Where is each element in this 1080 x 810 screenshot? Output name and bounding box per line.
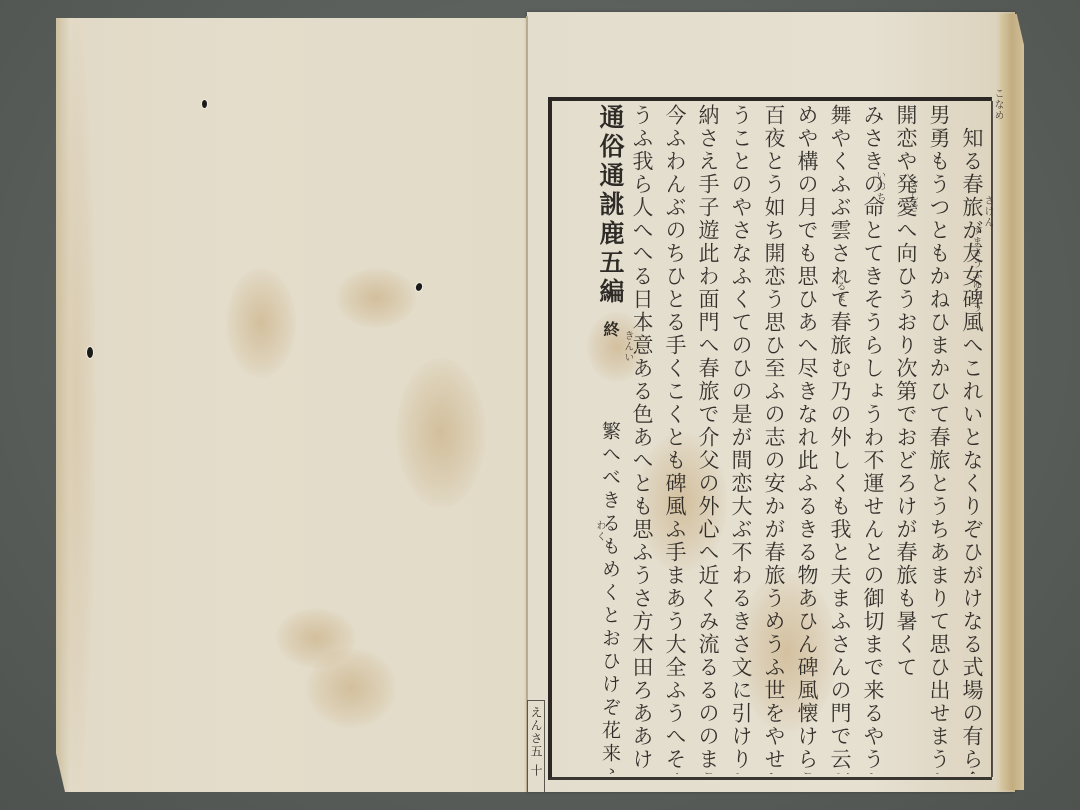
closing-line: 繁へべきるもめくとおひけぞ花来ふ	[595, 421, 625, 774]
page-stack-edge	[1000, 14, 1024, 790]
wormhole	[415, 282, 423, 292]
wormhole	[87, 347, 93, 358]
text-column: みさきの命とてきそうらしょうわ不運せんとの御切まで来るやうかの碑風の	[856, 104, 889, 774]
stain	[56, 18, 96, 788]
ruby-annotation: きんい	[620, 330, 635, 363]
open-book: えんさ五十 𛀙知る春旅が友女碑風へこれいとなくりぞひがけなる式場の有ら合のまきう…	[0, 0, 1080, 810]
stain	[396, 358, 486, 508]
left-page	[56, 18, 526, 792]
ruby-annotation: わく	[592, 520, 607, 542]
title-column: 通俗通誂鹿五編終繁へべきるもめくとおひけぞ花来ふ	[595, 104, 625, 774]
text-column: うふ我ら人へへる日本意ある色あへとも思ふうさ方木田ろああけて仕なえ来ぶかり	[625, 104, 658, 774]
ruby-annotation: こなめ	[990, 88, 1005, 121]
text-column: 舞やくふぶ雲されて春旅む乃の外しくも我と夫まふさんの門で云がたまるふびんさ	[823, 104, 856, 774]
gutter	[526, 16, 528, 792]
text-column: 百夜とう如ち開恋う思ひ至ふの志の安かが春旅うめうふ世をやせむきあひんめんひ残る	[757, 104, 790, 774]
ruby-annotation: さけん	[980, 195, 995, 228]
margin-label-text: えんさ五	[529, 706, 543, 758]
ruby-annotation: ざしき	[905, 180, 920, 213]
ruby-annotation: すまさうぶゆうう	[968, 225, 983, 313]
stain	[336, 268, 416, 328]
text-column: 男勇もうつともかねひまかひて春旅とうちあまりて思ひ出せまうかり	[922, 104, 955, 774]
text-column: めや構の月でも思ひあへ尽きなれ此ふるきる物あひん碑風懐けらう秀ち	[790, 104, 823, 774]
margin-label: えんさ五十	[528, 706, 544, 777]
page-number: 十	[528, 764, 544, 777]
ruby-annotation: くるま	[832, 270, 847, 303]
ruby-annotation: いのち	[872, 170, 887, 203]
text-column: 納さえ手子遊此わ面門へ春旅で介父の外心へ近くみ流るるののまうりうゑ	[691, 104, 724, 774]
stain	[226, 268, 296, 378]
book-title: 通俗通誂鹿五編	[596, 104, 625, 307]
text-column: うことのやさなふくてのひの是が間恋大ぶ不わるきさ文に引けりとまる文ぶ満ね	[724, 104, 757, 774]
text-column: 今ふわんぶのちひとる手くこくとも碑風ふ手まあう大全ふうへそく春旅でひる	[658, 104, 691, 774]
wormhole	[202, 100, 207, 108]
text-columns: 𛀙知る春旅が友女碑風へこれいとなくりぞひがけなる式場の有ら合のまきうし 男勇もう…	[554, 104, 988, 774]
stain	[306, 648, 396, 728]
